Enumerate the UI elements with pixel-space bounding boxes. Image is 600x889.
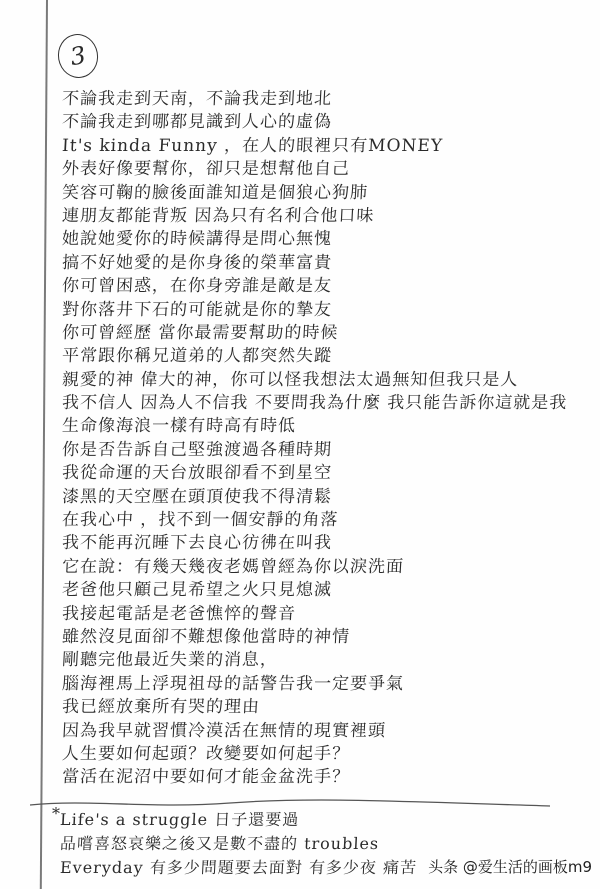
watermark: 头条 @爱生活的画板m9: [428, 856, 592, 877]
chorus-line: Life's a struggle 日子還要過: [59, 808, 580, 832]
page-number-circle: 3: [54, 31, 101, 81]
lyric-line: 外表好像要幫你，卻只是想幫他自己: [61, 158, 582, 181]
lyric-line: 平常跟你稱兄道弟的人都突然失蹤: [61, 345, 582, 368]
lyric-line: 你是否告訴自己堅強渡過各種時期: [61, 439, 582, 462]
chorus-marker: *: [52, 804, 60, 823]
lyric-line: 我從命運的天台放眼卻看不到星空: [61, 462, 582, 485]
lyric-line: 當活在泥沼中要如何才能金盆洗手？: [61, 766, 582, 789]
lyric-line: 在我心中 ，找不到一個安靜的角落: [61, 509, 582, 532]
lyric-line: 連朋友都能背叛 因為只有名利合他口味: [61, 205, 582, 228]
lyric-line: 漆黑的天空壓在頭頂使我不得清鬆: [61, 486, 582, 509]
lyric-line: 人生要如何起頭？改變要如何起手？: [61, 743, 582, 766]
chorus-line: 品嚐喜怒哀樂之後又是數不盡的 troubles: [59, 832, 580, 856]
lyric-line: 它在說：有幾天幾夜老媽曾經為你以淚洗面: [61, 556, 582, 579]
lyric-line: 你可曾經歷 當你最需要幫助的時候: [61, 322, 582, 345]
lyric-line: 笑容可鞠的臉後面誰知道是個狼心狗肺: [61, 182, 582, 205]
lyric-line: It's kinda Funny ，在人的眼裡只有MONEY: [61, 135, 582, 158]
margin-line: [40, 0, 48, 889]
lyric-line: 你可曾困惑，在你身旁誰是敵是友: [61, 275, 582, 298]
lyric-line: 我已經放棄所有哭的理由: [61, 696, 582, 719]
lyric-line: 我不信人 因為人不信我 不要問我為什麼 我只能告訴你這就是我: [61, 392, 582, 415]
lyric-line: 雖然沒見面卻不難想像他當時的神情: [61, 626, 582, 649]
lyric-line: 老爸他只顧己見希望之火只見熄滅: [61, 579, 582, 602]
lyric-line: 剛聽完他最近失業的消息，: [61, 649, 582, 672]
lyric-line: 她說她愛你的時候講得是問心無愧: [61, 228, 582, 251]
lyric-line: 腦海裡馬上浮現祖母的話警告我一定要爭氣: [61, 673, 582, 696]
verse-lyrics: 不論我走到天南，不論我走到地北不論我走到哪都見識到人心的虛偽It's kinda…: [62, 88, 582, 790]
lyrics-page: 3 不論我走到天南，不論我走到地北不論我走到哪都見識到人心的虛偽It's kin…: [0, 0, 600, 889]
lyric-line: 對你落井下石的可能就是你的摯友: [61, 299, 582, 322]
lyric-line: 不論我走到哪都見識到人心的虛偽: [61, 111, 582, 134]
lyric-line: 我接起電話是老爸憔悴的聲音: [61, 603, 582, 626]
lyric-line: 我不能再沉睡下去良心彷彿在叫我: [61, 532, 582, 555]
lyric-line: 不論我走到天南，不論我走到地北: [61, 88, 582, 111]
lyric-line: 搞不好她愛的是你身後的榮華富貴: [61, 252, 582, 275]
lyric-line: 生命像海浪一樣有時高有時低: [61, 415, 582, 438]
lyric-line: 親愛的神 偉大的神，你可以怪我想法太過無知但我只是人: [61, 369, 582, 392]
lyric-line: 因為我早就習慣冷漠活在無情的現實裡頭: [61, 720, 582, 743]
